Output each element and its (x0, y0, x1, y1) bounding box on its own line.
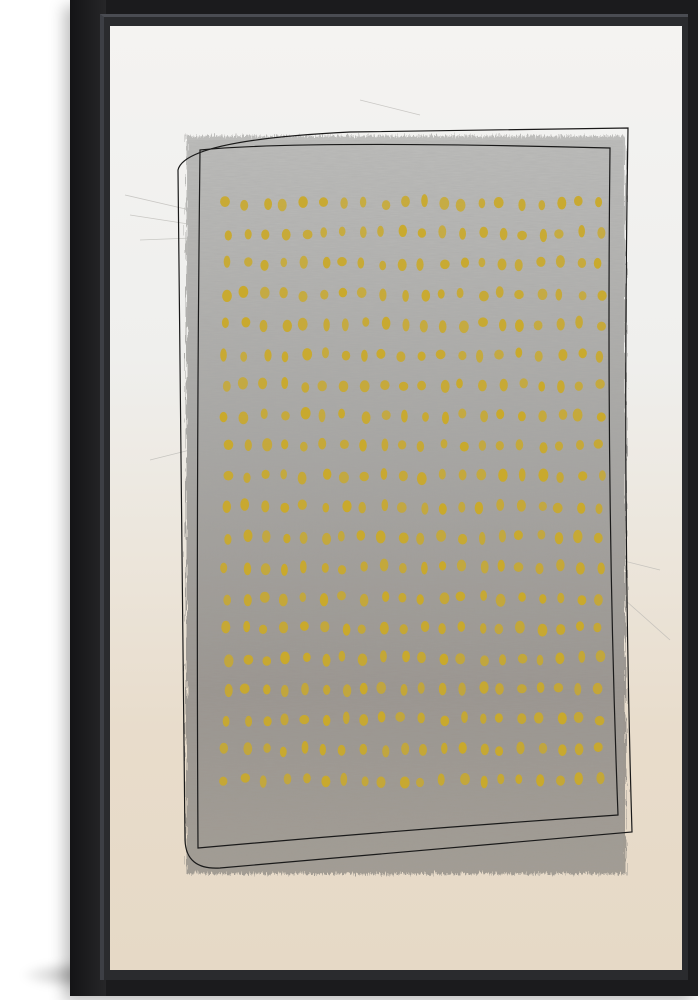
canvas-artwork (110, 26, 682, 970)
abstract-painting (110, 26, 682, 970)
